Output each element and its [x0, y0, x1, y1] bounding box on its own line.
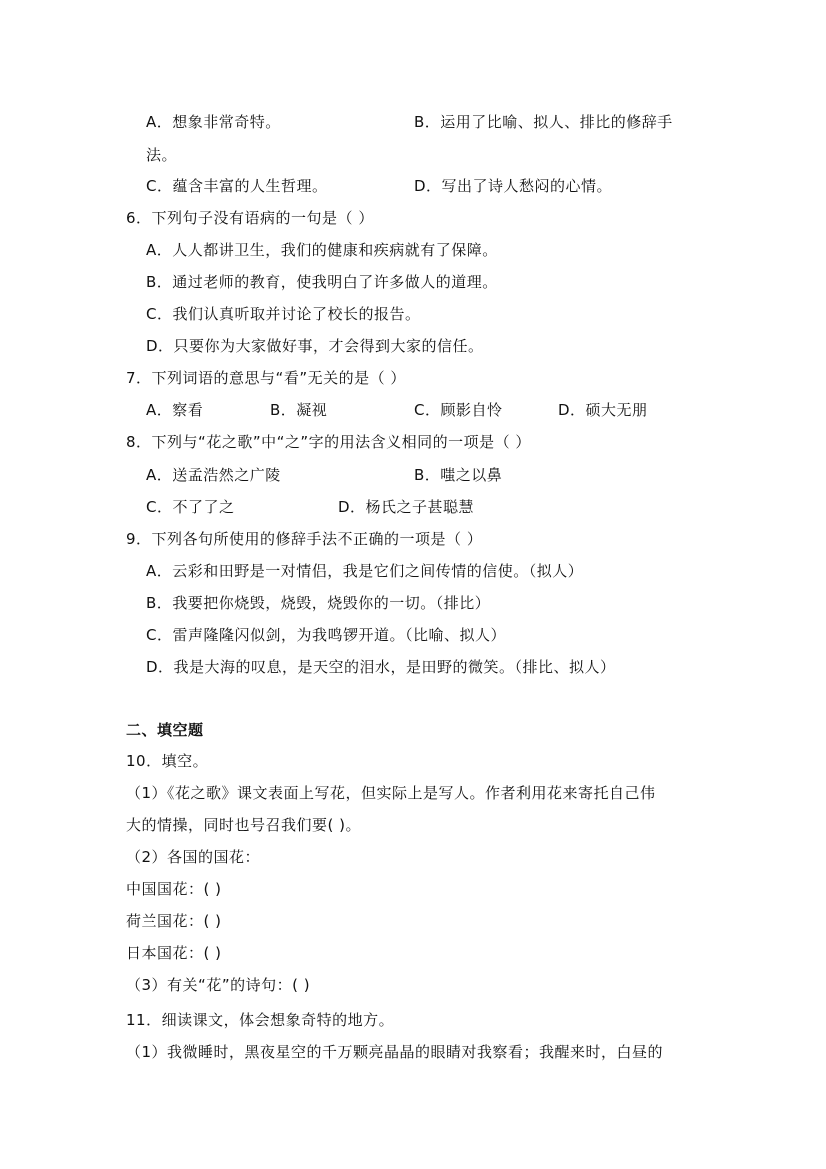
q6-stem: 6．下列句子没有语病的一句是（ ） [126, 208, 374, 228]
q8-option-a: A．送孟浩然之广陵 [146, 465, 281, 485]
q10-japan-flower: 日本国花：( ) [126, 943, 221, 963]
q6-option-c: C．我们认真听取并讨论了校长的报告。 [146, 304, 420, 324]
q9-stem: 9．下列各句所使用的修辞手法不正确的一项是（ ） [126, 529, 482, 549]
q10-part3: （3）有关“花”的诗句：( ) [126, 975, 310, 995]
q9-option-d: D．我是大海的叹息，是天空的泪水，是田野的微笑。（排比、拟人） [146, 657, 616, 677]
q11-part1: （1）我微睡时，黑夜星空的千万颗亮晶晶的眼睛对我察看；我醒来时，白昼的 [126, 1042, 663, 1062]
q10-stem: 10．填空。 [126, 751, 208, 771]
q8-option-b: B．嗤之以鼻 [414, 465, 502, 485]
q7-option-a: A．察看 [146, 400, 203, 420]
q5-option-b-continued: 法。 [146, 145, 177, 165]
q7-option-d: D．硕大无朋 [558, 400, 648, 420]
q9-option-c: C．雷声隆隆闪似剑，为我鸣锣开道。（比喻、拟人） [146, 625, 506, 645]
q10-part2: （2）各国的国花： [126, 847, 260, 867]
q10-part1-line2: 大的情操，同时也号召我们要( )。 [126, 815, 361, 835]
q5-option-a: A．想象非常奇特。 [146, 112, 281, 132]
q7-stem: 7．下列词语的意思与“看”无关的是（ ） [126, 368, 406, 388]
q7-option-b: B．凝视 [270, 400, 327, 420]
q5-option-b: B．运用了比喻、拟人、排比的修辞手 [414, 112, 673, 132]
q8-option-c: C．不了了之 [146, 497, 234, 517]
q10-china-flower: 中国国花：( ) [126, 879, 221, 899]
q5-option-c: C．蕴含丰富的人生哲理。 [146, 176, 327, 196]
q8-stem: 8．下列与“花之歌”中“之”字的用法含义相同的一项是（ ） [126, 432, 531, 452]
q10-part1-line1: （1）《花之歌》课文表面上写花，但实际上是写人。作者利用花来寄托自己伟 [126, 783, 656, 803]
q9-option-b: B．我要把你烧毁，烧毁，烧毁你的一切。（排比） [146, 593, 490, 613]
section-title: 二、填空题 [126, 720, 204, 740]
q6-option-b: B．通过老师的教育，使我明白了许多做人的道理。 [146, 272, 498, 292]
q11-stem: 11．细读课文，体会想象奇特的地方。 [126, 1010, 394, 1030]
q9-option-a: A．云彩和田野是一对情侣，我是它们之间传情的信使。（拟人） [146, 561, 583, 581]
q7-option-c: C．顾影自怜 [414, 400, 502, 420]
q6-option-d: D．只要你为大家做好事，才会得到大家的信任。 [146, 336, 484, 356]
q5-option-d: D．写出了诗人愁闷的心情。 [414, 176, 612, 196]
q8-option-d: D．杨氏之子甚聪慧 [338, 497, 474, 517]
q6-option-a: A．人人都讲卫生，我们的健康和疾病就有了保障。 [146, 240, 498, 260]
q10-netherlands-flower: 荷兰国花：( ) [126, 911, 221, 931]
